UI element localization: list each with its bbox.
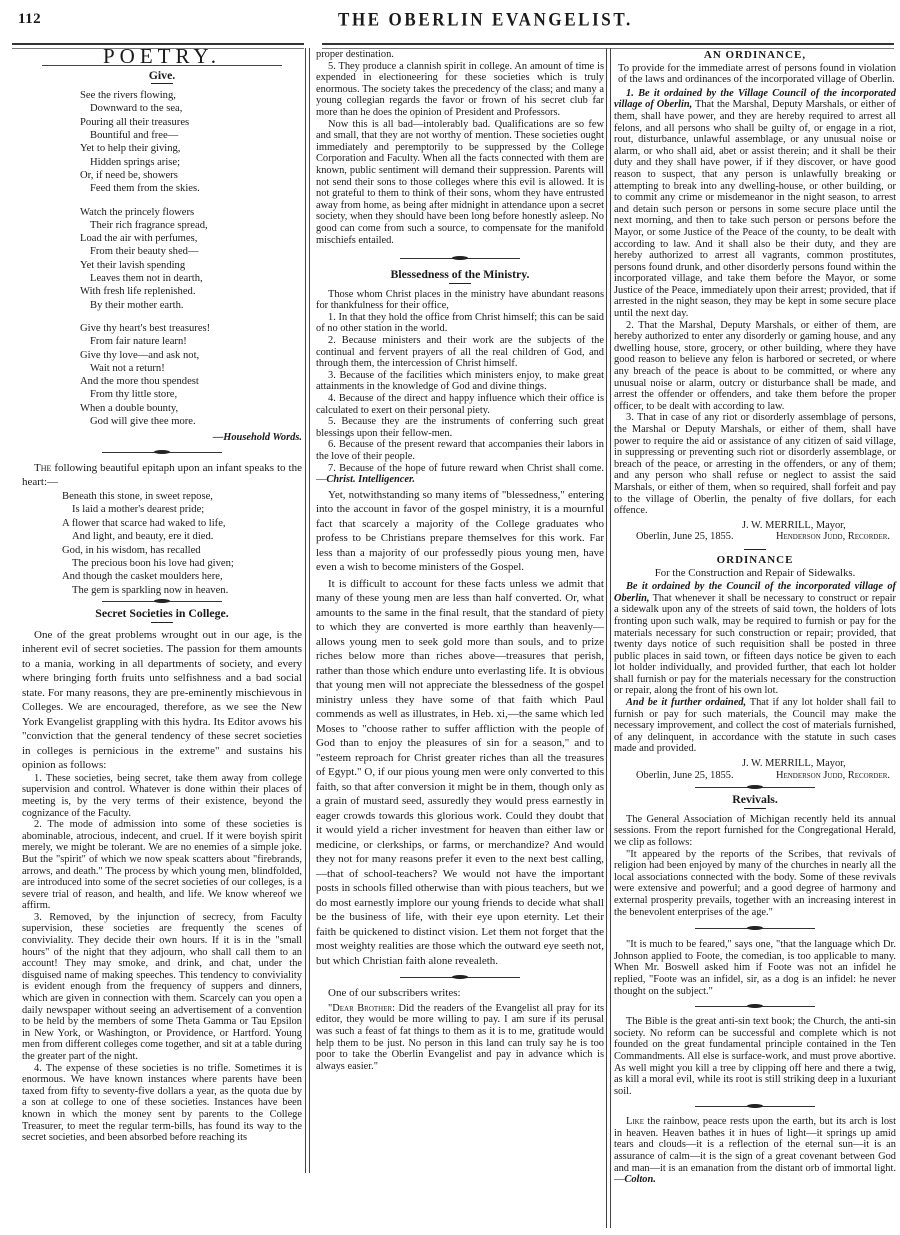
recorder-signature: Henderson Judd, Recorder.	[776, 531, 890, 543]
poem-line: Watch the princely flowers	[80, 206, 302, 219]
ornamental-divider	[400, 258, 520, 259]
ornamental-divider	[102, 601, 222, 602]
section-text: That the Marshal, Deputy Marshals, or ei…	[614, 99, 896, 319]
poem-line: The gem is sparkling now in heaven.	[62, 584, 302, 597]
poem-line: Feed them from the skies.	[80, 182, 302, 195]
page-number: 112	[18, 11, 41, 28]
article-title-ministry: Blessedness of the Ministry.	[316, 269, 604, 281]
article-paragraph: It is difficult to account for these fac…	[316, 577, 604, 969]
poem-stanza: Watch the princely flowers Their rich fr…	[80, 206, 302, 312]
mayor-signature: J. W. MERRILL, Mayor,	[614, 520, 896, 532]
article-paragraph: 2. The mode of admission into some of th…	[22, 819, 302, 912]
poem-line: From thy little store,	[80, 388, 302, 401]
poem-line: And light, and beauty, ere it died.	[62, 530, 302, 543]
ordinance-section: 1. Be it ordained by the Village Council…	[614, 88, 896, 320]
article-paragraph: One of the great problems wrought out in…	[22, 628, 302, 773]
article-paragraph: 1. These societies, being secret, take t…	[22, 773, 302, 819]
source-attribution: Christ. Intelligencer.	[326, 474, 415, 485]
poem-line: Beneath this stone, in sweet repose,	[62, 490, 302, 503]
column-divider	[606, 48, 611, 1228]
ornamental-divider	[695, 1106, 815, 1107]
ordinance-heading: ORDINANCE	[614, 555, 896, 567]
list-item: 7. Because of the hope of future reward …	[316, 463, 604, 486]
ornamental-divider	[695, 1006, 815, 1007]
list-item: 1. In that they hold the office from Chr…	[316, 312, 604, 335]
poem-line: With fresh life replenished.	[80, 285, 302, 298]
ordinance-section: 2. That the Marshal, Deputy Marshals, or…	[614, 320, 896, 413]
poem-stanza: Give thy heart's best treasures! From fa…	[80, 322, 302, 428]
salutation: "Dear Brother:	[328, 1003, 395, 1014]
ornamental-divider	[695, 928, 815, 929]
poem-line: When a double bounty,	[80, 402, 302, 415]
mayor-signature: J. W. MERRILL, Mayor,	[614, 758, 896, 770]
article-paragraph: proper destination.	[316, 49, 604, 61]
intro-text: following beautiful epitaph upon an infa…	[22, 462, 302, 489]
poem-line: Their rich fragrance spread,	[80, 219, 302, 232]
article-paragraph: Yet, notwithstanding so many items of "b…	[316, 488, 604, 575]
article-paragraph: The Bible is the great anti-sin text boo…	[614, 1016, 896, 1097]
ordinance-preamble: To provide for the immediate arrest of p…	[614, 63, 896, 86]
article-paragraph: The General Association of Michigan rece…	[614, 814, 896, 849]
article-paragraph: Now this is all bad—intolerably bad. Qua…	[316, 119, 604, 247]
article-paragraph: "It is much to be feared," says one, "th…	[614, 939, 896, 997]
poem-attribution: —Household Words.	[22, 432, 302, 444]
article-paragraph: Like the rainbow, peace rests upon the e…	[614, 1116, 896, 1186]
section-heading-poetry: POETRY.	[22, 51, 302, 63]
poem-line: Pouring all their treasures	[80, 116, 302, 129]
divider	[449, 283, 471, 284]
poem-stanza: See the rivers flowing, Downward to the …	[80, 89, 302, 195]
ordinance-heading: AN ORDINANCE,	[614, 50, 896, 62]
article-title-revivals: Revivals.	[614, 794, 896, 806]
ordinance-section: And be it further ordained, That if any …	[614, 697, 896, 755]
subscriber-letter: "Dear Brother: Did the readers of the Ev…	[316, 1003, 604, 1073]
subscriber-intro: One of our subscribers writes:	[316, 986, 604, 1001]
signature-block: J. W. MERRILL, Mayor, Oberlin, June 25, …	[614, 758, 896, 781]
poem-line: Leaves them not in dearth,	[80, 272, 302, 285]
poem-line: Downward to the sea,	[80, 102, 302, 115]
article-title-secret-societies: Secret Societies in College.	[22, 608, 302, 620]
list-item: 5. Because they are the instruments of c…	[316, 416, 604, 439]
poem-line: Give thy heart's best treasures!	[80, 322, 302, 335]
enacting-clause: And be it further ordained,	[626, 697, 746, 708]
poem-line: And the more thou spendest	[80, 375, 302, 388]
poem-line: From fair nature learn!	[80, 335, 302, 348]
article-paragraph: Those whom Christ places in the ministry…	[316, 289, 604, 312]
epitaph-verse: Beneath this stone, in sweet repose, Is …	[62, 490, 302, 597]
column-3: AN ORDINANCE, To provide for the immedia…	[614, 49, 896, 1186]
poem-line: Give thy love—and ask not,	[80, 349, 302, 362]
article-paragraph: 5. They produce a clannish spirit in col…	[316, 61, 604, 119]
column-divider	[305, 48, 310, 1173]
list-item: 4. Because of the direct and happy influ…	[316, 393, 604, 416]
poem-line: By their mother earth.	[80, 299, 302, 312]
poem-line: Or, if need be, showers	[80, 169, 302, 182]
drop-word: The	[34, 462, 51, 474]
ordinance-section: 3. That in case of any riot or disorderl…	[614, 412, 896, 516]
article-paragraph: 3. Removed, by the injunction of secrecy…	[22, 912, 302, 1063]
poem-title: Give.	[22, 70, 302, 82]
ordinance-section: Be it ordained by the Council of the inc…	[614, 581, 896, 697]
newspaper-title: THE OBERLIN EVANGELIST.	[338, 9, 633, 31]
epitaph-intro: The following beautiful epitaph upon an …	[22, 461, 302, 490]
poem-line: Bountiful and free—	[80, 129, 302, 142]
poem-line: The precious boon his love had given;	[62, 557, 302, 570]
place-date: Oberlin, June 25, 1855.	[636, 531, 734, 543]
ordinance-subtitle: For the Construction and Repair of Sidew…	[614, 568, 896, 580]
list-item: 6. Because of the present reward that ac…	[316, 439, 604, 462]
list-item: 2. Because ministers and their work are …	[316, 335, 604, 370]
poem-line: Hidden springs arise;	[80, 156, 302, 169]
divider	[151, 622, 173, 623]
column-2: proper destination. 5. They produce a cl…	[316, 49, 604, 1072]
ornamental-divider	[102, 452, 222, 453]
ornamental-divider	[695, 787, 815, 788]
poem-line: And though the casket moulders here,	[62, 570, 302, 583]
poem-line: Yet to help their giving,	[80, 142, 302, 155]
ornamental-divider	[400, 977, 520, 978]
place-date: Oberlin, June 25, 1855.	[636, 770, 734, 782]
article-paragraph: 4. The expense of these societies is no …	[22, 1063, 302, 1144]
poem-line: See the rivers flowing,	[80, 89, 302, 102]
list-item: 3. Because of the facilities which minis…	[316, 370, 604, 393]
divider	[744, 808, 766, 809]
column-1: POETRY. Give. See the rivers flowing, Do…	[22, 49, 302, 1144]
poem-line: Yet their lavish spending	[80, 259, 302, 272]
recorder-signature: Henderson Judd, Recorder.	[776, 770, 890, 782]
signature-block: J. W. MERRILL, Mayor, Oberlin, June 25, …	[614, 520, 896, 543]
source-attribution: Colton.	[624, 1174, 655, 1185]
poem-line: God, in his wisdom, has recalled	[62, 544, 302, 557]
poem-line: From their beauty shed—	[80, 245, 302, 258]
section-text: That whenever it shall be necessary to c…	[614, 593, 896, 697]
divider	[151, 83, 173, 84]
poem-line: Load the air with perfumes,	[80, 232, 302, 245]
poem-line: Is laid a mother's dearest pride;	[62, 503, 302, 516]
poem-line: God will give thee more.	[80, 415, 302, 428]
masthead: 112 THE OBERLIN EVANGELIST.	[0, 0, 900, 46]
paragraph-text: the rainbow, peace rests upon the earth,…	[614, 1116, 896, 1185]
divider	[744, 549, 766, 550]
poem-line: A flower that scarce had waked to life,	[62, 517, 302, 530]
drop-word: Like	[626, 1116, 644, 1127]
poem-line: Wait not a return!	[80, 362, 302, 375]
quoted-paragraph: "It appeared by the reports of the Scrib…	[614, 849, 896, 919]
